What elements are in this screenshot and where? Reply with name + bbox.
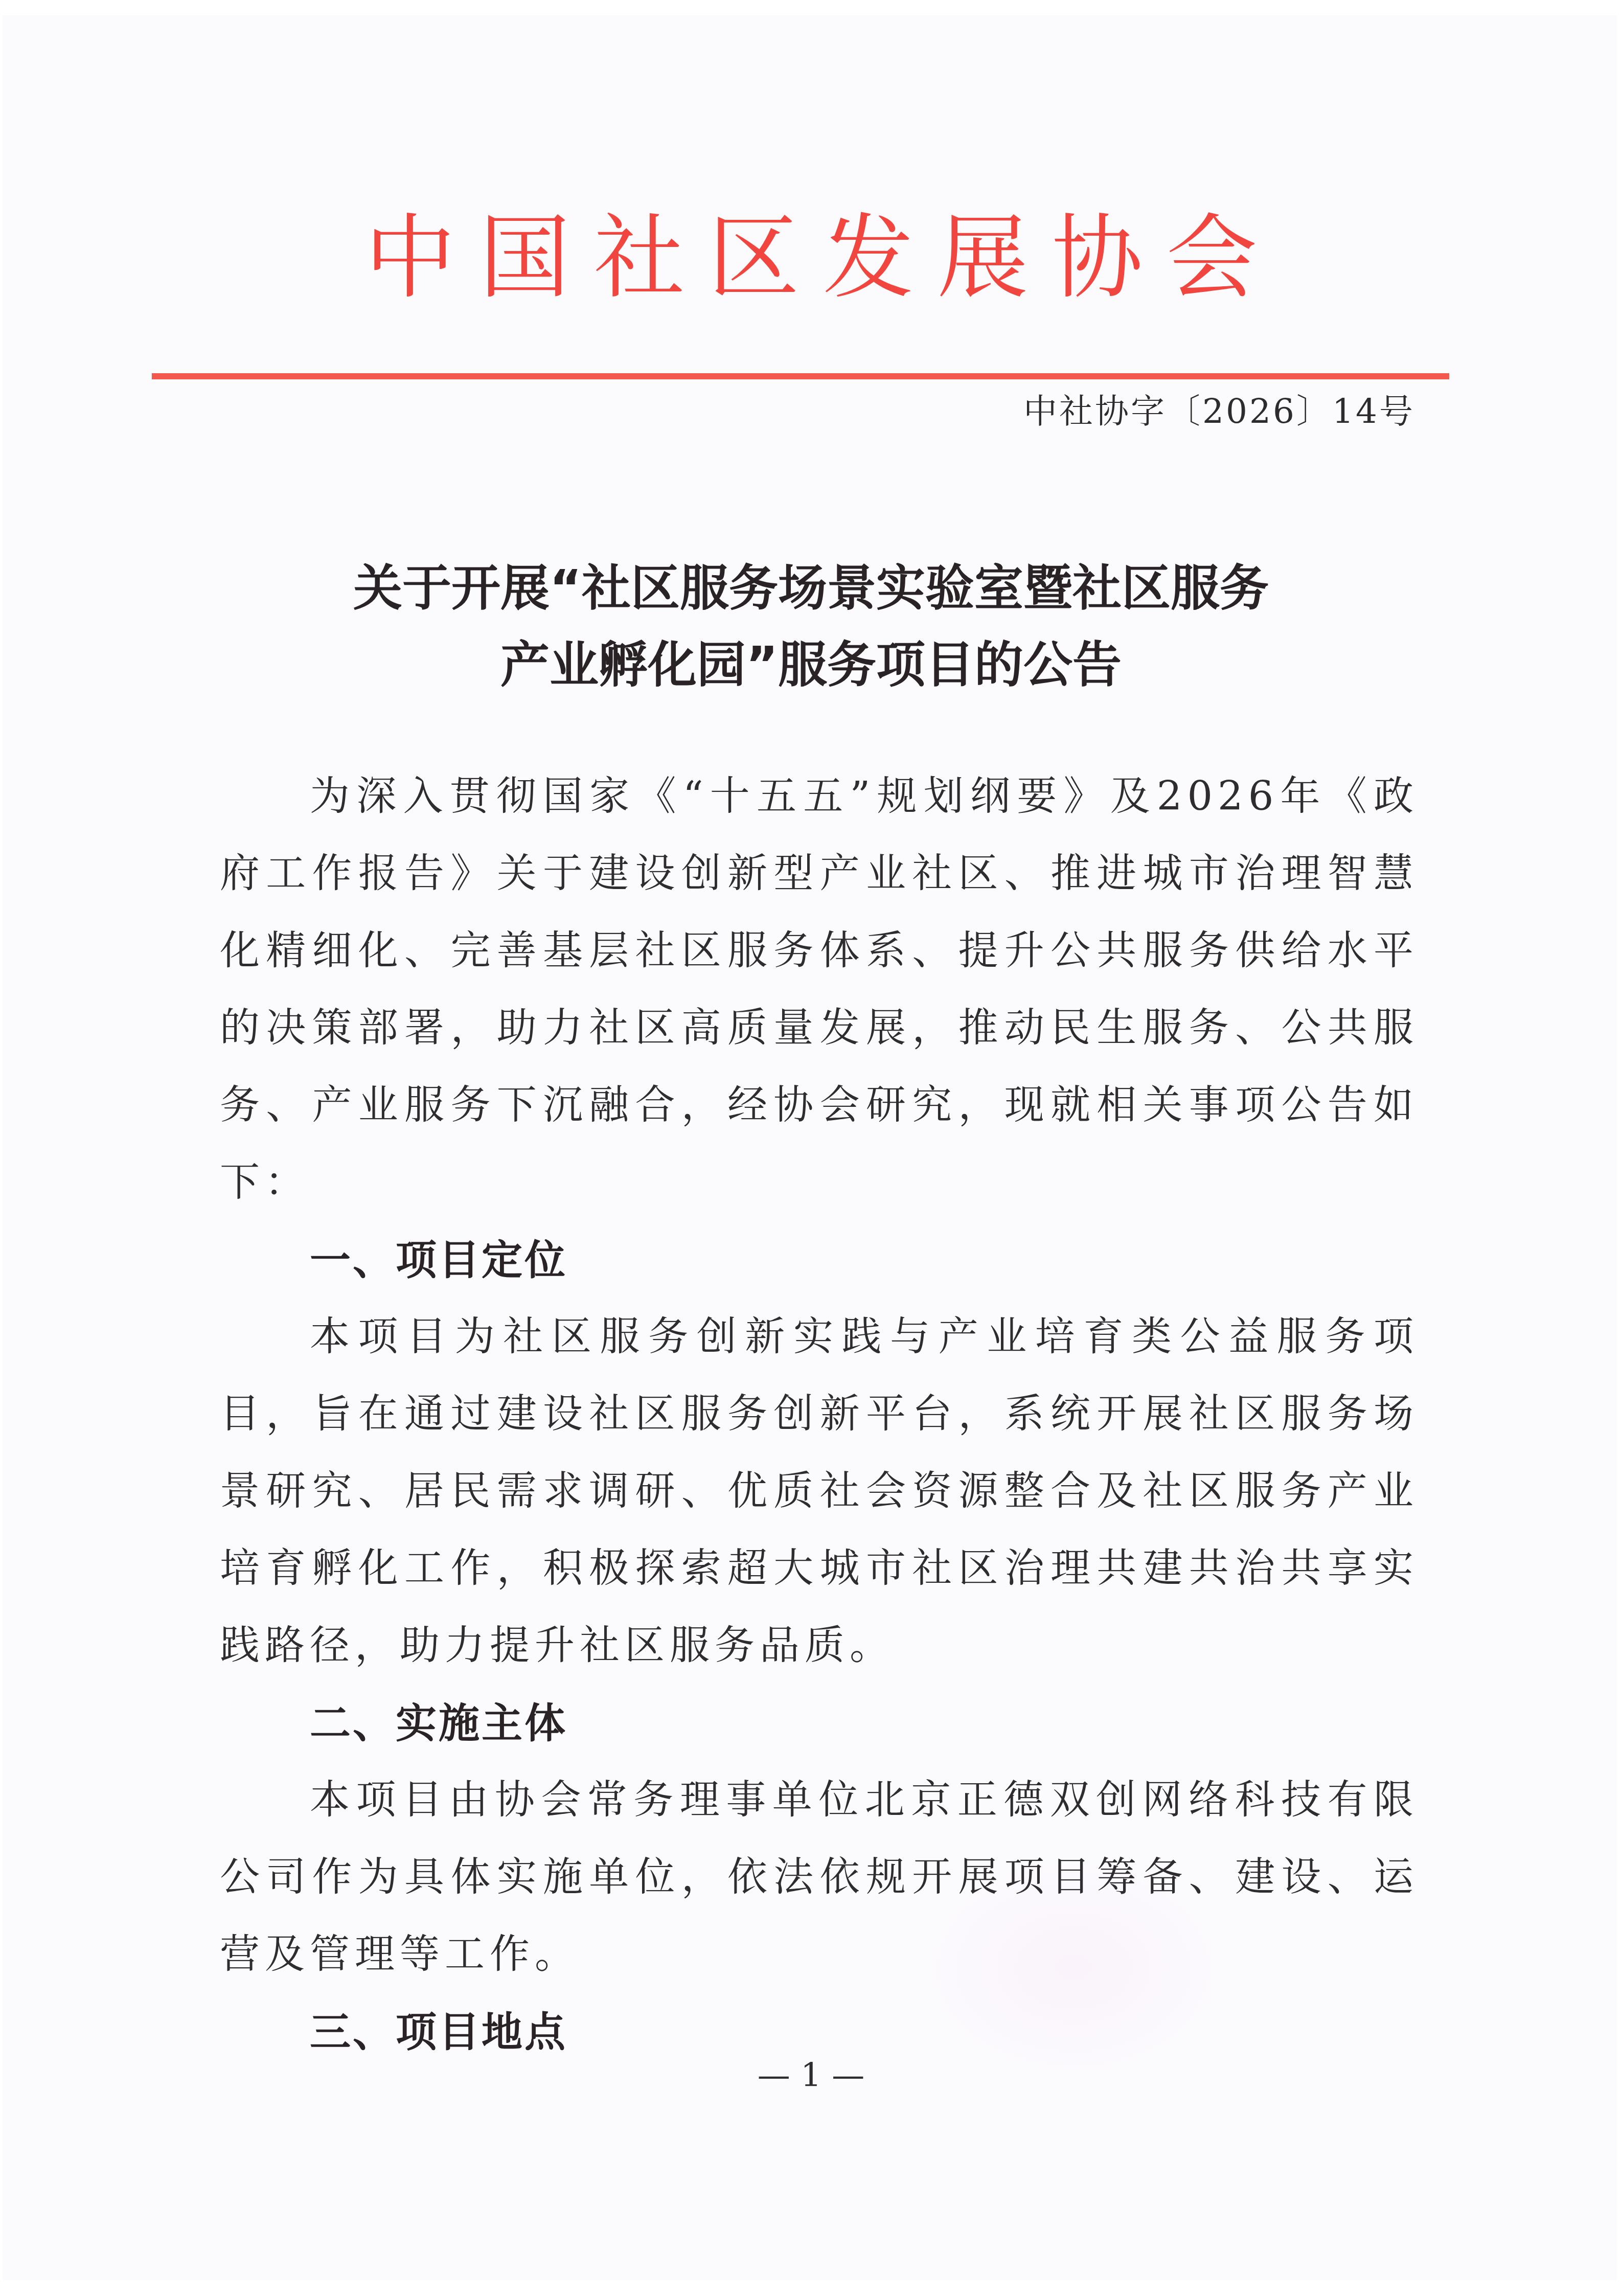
section-text-implementer: 本项目由协会常务理事单位北京正德双创网络科技有限公司作为具体实施单位，依法依规开…: [220, 1762, 1419, 1993]
red-divider-rule: [152, 373, 1449, 379]
section-heading-positioning: 一、项目定位: [220, 1221, 1419, 1299]
announcement-body: 为深入贯彻国家《“十五五”规划纲要》及2026年《政府工作报告》关于建设创新型产…: [220, 758, 1419, 2071]
section-text-positioning: 本项目为社区服务创新实践与产业培育类公益服务项目，旨在通过建设社区服务创新平台，…: [220, 1299, 1419, 1685]
title-line-2: 产业孵化园”服务项目的公告: [0, 626, 1622, 703]
intro-paragraph: 为深入贯彻国家《“十五五”规划纲要》及2026年《政府工作报告》关于建设创新型产…: [220, 758, 1419, 1221]
section-heading-implementer: 二、实施主体: [220, 1685, 1419, 1762]
announcement-title: 关于开展“社区服务场景实验室暨社区服务 产业孵化园”服务项目的公告: [0, 550, 1622, 703]
document-number: 中社协字〔2026〕14号: [1023, 386, 1415, 437]
page-number: — 1 —: [0, 2050, 1622, 2101]
title-line-1: 关于开展“社区服务场景实验室暨社区服务: [0, 550, 1622, 626]
organization-letterhead: 中国社区发展协会: [0, 202, 1622, 314]
